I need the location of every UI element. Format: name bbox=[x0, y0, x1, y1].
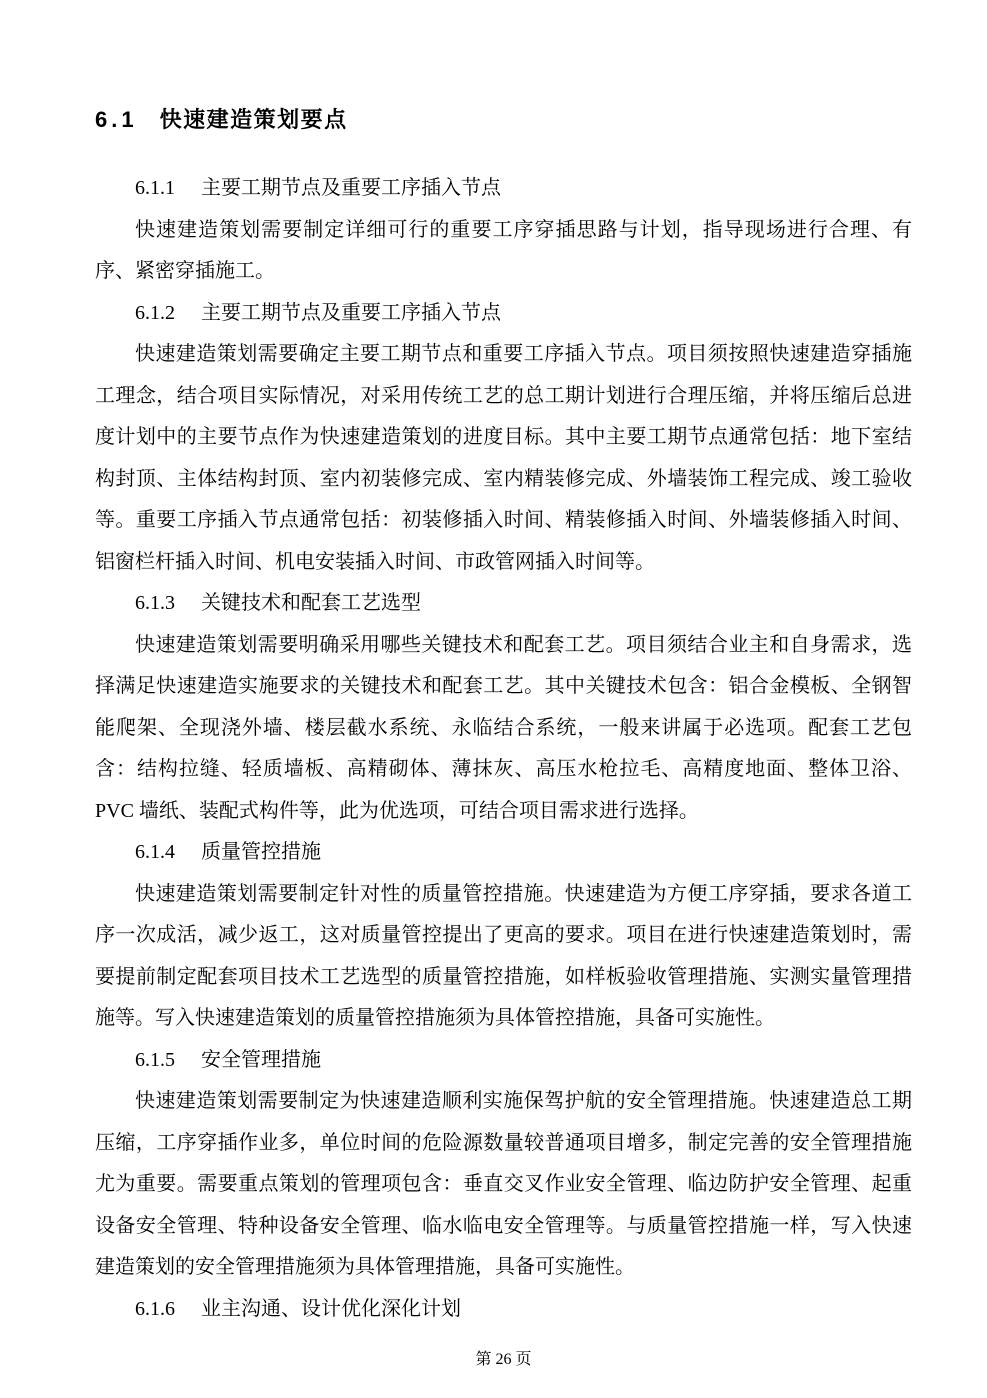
section-title: 质量管控措施 bbox=[201, 841, 321, 863]
section-title: 主要工期节点及重要工序插入节点 bbox=[201, 177, 501, 199]
body-paragraph: 快速建造策划需要明确采用哪些关键技术和配套工艺。项目须结合业主和自身需求，选择满… bbox=[95, 625, 912, 833]
document-page: 6.1快速建造策划要点 6.1.1主要工期节点及重要工序插入节点 快速建造策划需… bbox=[0, 0, 987, 1398]
section-number: 6.1.6 bbox=[135, 1298, 175, 1320]
section-heading: 6.1.3关键技术和配套工艺选型 bbox=[95, 583, 912, 625]
section-heading: 6.1.4质量管控措施 bbox=[95, 832, 912, 874]
page-number-label: 第 26 页 bbox=[475, 1351, 531, 1368]
section-title: 业主沟通、设计优化深化计划 bbox=[201, 1298, 461, 1320]
section-number: 6.1.3 bbox=[135, 592, 175, 614]
section-heading: 6.1.1主要工期节点及重要工序插入节点 bbox=[95, 168, 912, 210]
section-title: 安全管理措施 bbox=[201, 1049, 321, 1071]
section-title: 关键技术和配套工艺选型 bbox=[201, 592, 421, 614]
document-section: 6.1.4质量管控措施 快速建造策划需要制定针对性的质量管控措施。快速建造为方便… bbox=[95, 832, 912, 1040]
body-paragraph: 快速建造策划需要确定主要工期节点和重要工序插入节点。项目须按照快速建造穿插施工理… bbox=[95, 334, 912, 583]
section-paragraphs: 快速建造策划需要明确采用哪些关键技术和配套工艺。项目须结合业主和自身需求，选择满… bbox=[95, 625, 912, 833]
page-footer: 第 26 页 bbox=[95, 1350, 912, 1370]
section-heading: 6.1.6业主沟通、设计优化深化计划 bbox=[95, 1289, 912, 1331]
document-section: 6.1.6业主沟通、设计优化深化计划 bbox=[95, 1289, 912, 1331]
section-paragraphs: 快速建造策划需要制定详细可行的重要工序穿插思路与计划，指导现场进行合理、有序、紧… bbox=[95, 210, 912, 293]
section-number: 6.1.5 bbox=[135, 1049, 175, 1071]
body-paragraph: 快速建造策划需要制定为快速建造顺利实施保驾护航的安全管理措施。快速建造总工期压缩… bbox=[95, 1081, 912, 1289]
section-number: 6.1.2 bbox=[135, 302, 175, 324]
body-paragraph: 快速建造策划需要制定详细可行的重要工序穿插思路与计划，指导现场进行合理、有序、紧… bbox=[95, 210, 912, 293]
sections-container: 6.1.1主要工期节点及重要工序插入节点 快速建造策划需要制定详细可行的重要工序… bbox=[95, 168, 912, 1330]
document-section: 6.1.3关键技术和配套工艺选型 快速建造策划需要明确采用哪些关键技术和配套工艺… bbox=[95, 583, 912, 832]
section-heading: 6.1.2主要工期节点及重要工序插入节点 bbox=[95, 293, 912, 335]
body-paragraph: 快速建造策划需要制定针对性的质量管控措施。快速建造为方便工序穿插，要求各道工序一… bbox=[95, 874, 912, 1040]
chapter-heading: 6.1快速建造策划要点 bbox=[95, 106, 912, 134]
section-number: 6.1.1 bbox=[135, 177, 175, 199]
document-section: 6.1.1主要工期节点及重要工序插入节点 快速建造策划需要制定详细可行的重要工序… bbox=[95, 168, 912, 293]
chapter-title: 快速建造策划要点 bbox=[160, 107, 348, 132]
document-section: 6.1.2主要工期节点及重要工序插入节点 快速建造策划需要确定主要工期节点和重要… bbox=[95, 293, 912, 584]
chapter-number: 6.1 bbox=[95, 107, 138, 132]
section-paragraphs: 快速建造策划需要制定针对性的质量管控措施。快速建造为方便工序穿插，要求各道工序一… bbox=[95, 874, 912, 1040]
section-heading: 6.1.5安全管理措施 bbox=[95, 1040, 912, 1082]
section-title: 主要工期节点及重要工序插入节点 bbox=[201, 302, 501, 324]
document-section: 6.1.5安全管理措施 快速建造策划需要制定为快速建造顺利实施保驾护航的安全管理… bbox=[95, 1040, 912, 1289]
section-paragraphs: 快速建造策划需要制定为快速建造顺利实施保驾护航的安全管理措施。快速建造总工期压缩… bbox=[95, 1081, 912, 1289]
section-number: 6.1.4 bbox=[135, 841, 175, 863]
section-paragraphs: 快速建造策划需要确定主要工期节点和重要工序插入节点。项目须按照快速建造穿插施工理… bbox=[95, 334, 912, 583]
